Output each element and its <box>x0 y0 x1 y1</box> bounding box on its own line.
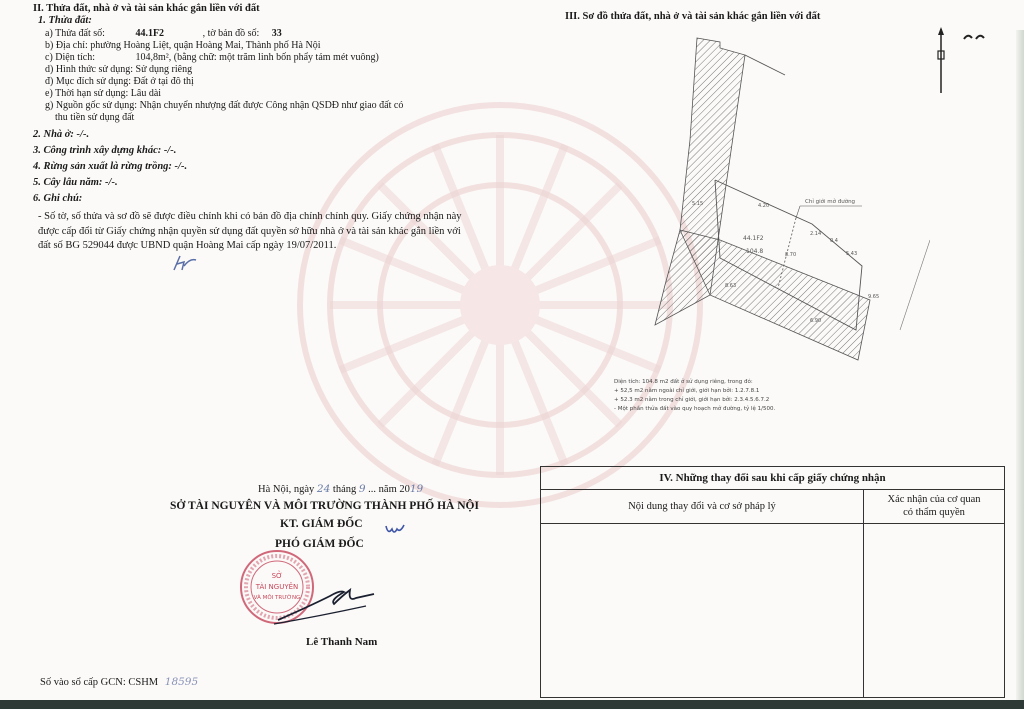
origin-row: g) Nguồn gốc sử dụng: Nhận chuyển nhượng… <box>45 100 403 111</box>
svg-text:4.20: 4.20 <box>758 203 769 209</box>
svg-text:9.65: 9.65 <box>868 294 879 300</box>
svg-text:5.43: 5.43 <box>846 251 857 257</box>
parcel-number-label: a) Thửa đất số: <box>45 28 105 39</box>
usage-term-row: e) Thời hạn sử dụng: Lâu dài <box>45 88 161 99</box>
issue-year: 19 <box>410 483 423 495</box>
map-sheet-value: 33 <box>272 28 282 39</box>
map-sheet-label: , tờ bản đồ số: <box>203 28 260 39</box>
other-construction-item: 3. Công trình xây dựng khác: -/-. <box>33 145 176 156</box>
initial-mark-icon <box>384 523 406 537</box>
parcel-diagram: Chỉ giới mở đường 44.1F2 104.8 4.20 5.15… <box>600 30 930 370</box>
forest-item: 4. Rừng sản xuất là rừng trồng: -/-. <box>33 161 187 172</box>
plot-notes: Diện tích: 104.8 m2 đất ở sử dụng riêng,… <box>614 378 775 414</box>
issue-day: 24 <box>317 483 330 495</box>
change-content-cell <box>541 524 864 698</box>
column-header-authority-confirmation: Xác nhận của cơ quan có thẩm quyền <box>864 490 1004 523</box>
page-edge <box>1016 30 1024 700</box>
issue-month: 9 <box>359 483 366 495</box>
road-boundary-label: Chỉ giới mở đường <box>805 198 855 205</box>
parcel-number-row: a) Thửa đất số: 44.1F2 , tờ bản đồ số: 3… <box>45 28 282 39</box>
area-label: c) Diện tích: <box>45 52 95 63</box>
svg-text:8.70: 8.70 <box>785 252 796 258</box>
land-parcel-subtitle: 1. Thửa đất: <box>38 15 92 26</box>
usage-form-row: d) Hình thức sử dụng: Sử dụng riêng <box>45 64 192 75</box>
section-3-title: III. Sơ đồ thửa đất, nhà ở và tài sản kh… <box>565 11 820 22</box>
north-arrow-icon <box>930 25 990 95</box>
area-value: 104,8m², (bằng chữ: một trăm linh bốn ph… <box>135 52 378 63</box>
column-header-change-content: Nội dung thay đổi và cơ sở pháp lý <box>541 490 864 523</box>
scan-bottom-edge <box>0 700 1024 709</box>
registry-number: 18595 <box>165 676 198 688</box>
authority-confirmation-cell <box>864 524 1004 698</box>
origin-row-cont: thu tiền sử dụng đất <box>55 112 134 123</box>
changes-table: IV. Những thay đổi sau khi cấp giấy chứn… <box>540 466 1005 698</box>
signer-name: Lê Thanh Nam <box>306 636 377 648</box>
initials-handwriting-icon <box>170 252 200 274</box>
house-item: 2. Nhà ở: -/-. <box>33 129 89 140</box>
svg-text:0.4: 0.4 <box>830 238 838 244</box>
parcel-number-value: 44.1F2 <box>135 28 164 39</box>
certificate-page: II. Thửa đất, nhà ở và tài sản khác gắn … <box>0 0 1024 709</box>
registry-label: Số vào sổ cấp GCN: CSHM <box>40 677 158 688</box>
perennial-tree-item: 5. Cây lâu năm: -/-. <box>33 177 118 188</box>
registry-number-row: Số vào sổ cấp GCN: CSHM 18595 <box>40 676 198 688</box>
address-row: b) Địa chỉ: phường Hoàng Liệt, quận Hoàn… <box>45 40 320 51</box>
area-row: c) Diện tích: 104,8m², (bằng chữ: một tr… <box>45 52 379 63</box>
section-2-title: II. Thửa đất, nhà ở và tài sản khác gắn … <box>33 3 260 14</box>
parcel-id-label: 44.1F2 <box>743 235 764 242</box>
signature-icon <box>270 576 380 628</box>
notes-text: - Số tờ, số thửa và sơ đồ sẽ được điều c… <box>38 210 468 254</box>
svg-text:6.90: 6.90 <box>810 318 821 324</box>
notes-heading: 6. Ghi chú: <box>33 193 82 204</box>
issuing-organization: SỞ TÀI NGUYÊN VÀ MÔI TRƯỜNG THÀNH PHỐ HÀ… <box>170 500 479 512</box>
section-4-title: IV. Những thay đổi sau khi cấp giấy chứn… <box>541 467 1004 490</box>
svg-text:5.15: 5.15 <box>692 201 703 207</box>
parcel-area-label: 104.8 <box>746 248 763 255</box>
issue-date: Hà Nội, ngày 24 tháng 9 ... năm 2019 <box>258 483 423 495</box>
deputy-director-kt: KT. GIÁM ĐỐC <box>280 518 363 530</box>
usage-purpose-row: đ) Mục đích sử dụng: Đất ở tại đô thị <box>45 76 194 87</box>
svg-text:8.63: 8.63 <box>725 283 736 289</box>
svg-text:2.14: 2.14 <box>810 231 821 237</box>
